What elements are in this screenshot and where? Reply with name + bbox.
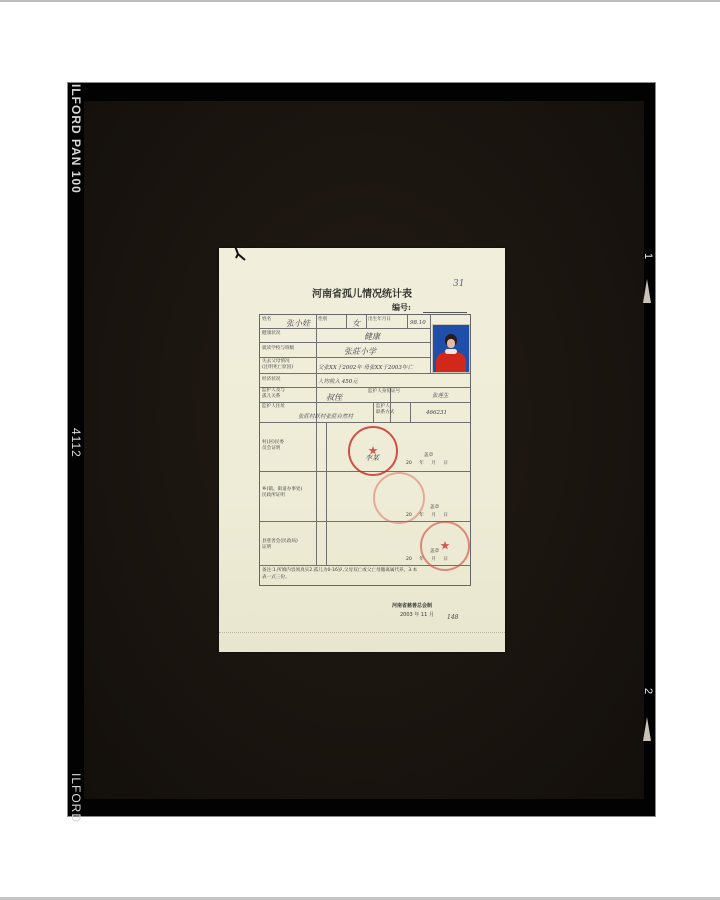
handwritten-number: 148 [447, 614, 458, 621]
parents-value: 父张XX于2002年 母张XX于2003年亡 [318, 363, 413, 371]
date-row: 20 年 月 日 [406, 460, 448, 466]
date-row: 20 年 月 日 [406, 556, 448, 562]
village-red-seal: ★ [348, 426, 398, 476]
film-rebate-code: 4112 [69, 428, 83, 458]
township-office-label-2: 民政所证明 [262, 493, 285, 499]
guardian-relation-label-2: 孤儿关系 [262, 394, 280, 400]
birth-value: 98.10 [410, 320, 426, 326]
top-border-line [0, 0, 720, 2]
health-label: 健康状况 [262, 331, 280, 337]
issuer: 河南省慈善总会制 [392, 602, 432, 609]
name-value: 张小娃 [286, 318, 310, 329]
note-line-1: 备注:1.所填内容须真实2.孤儿为0-16岁,父母双亡或父亡母撤离属代养。3.本 [262, 567, 468, 574]
guardian-contact-label-2: 联系方式 [376, 410, 394, 416]
frame-number-2: 2 [642, 688, 654, 694]
guardian-relation-value: 叔侄 [326, 392, 342, 403]
fold-line [219, 632, 505, 633]
serial-blank [423, 312, 467, 313]
school-value: 张莊小学 [344, 346, 376, 357]
county-red-seal: ★ [420, 521, 470, 571]
film-rebate-brand-bottom: ILFORD [69, 773, 83, 823]
issue-date: 2003 年 11 月 [400, 611, 434, 618]
star-icon: ★ [440, 538, 451, 552]
seal-label: 盖章 [430, 549, 439, 555]
frame-number-1: 1 [642, 253, 654, 259]
name-label: 姓名 [262, 317, 271, 323]
page-mark: 31 [453, 279, 464, 289]
sex-label: 性别 [318, 317, 327, 323]
health-value: 健康 [364, 331, 380, 342]
school-label: 就读学校与班级 [262, 346, 294, 352]
birth-label: 出生年月日 [368, 317, 391, 323]
guardian-id-value: 张莲生 [432, 391, 449, 399]
guardian-id-label: 监护人身份证号 [368, 389, 400, 395]
seal-label: 盖章 [430, 505, 439, 511]
serial-label: 编号: [392, 302, 411, 313]
seal-label: 盖章 [424, 453, 433, 459]
village-committee-label-2: 员会证明 [262, 446, 280, 452]
sex-value: 女 [352, 318, 360, 329]
frame-marker-triangle-icon [643, 717, 651, 741]
film-rebate-brand: ILFORD PAN 100 [69, 84, 83, 194]
frame-marker-triangle-icon [643, 279, 651, 303]
guardian-address-value: 张莊村跃村张莊自然村 [298, 412, 353, 420]
form-table: 姓名 张小娃 性别 女 出生年月日 98.10 健康状况 健康 就读学校与班级 … [259, 314, 471, 586]
form-notes: 备注:1.所填内容须真实2.孤儿为0-16岁,父母双亡或父亡母撤离属代养。3.本… [262, 567, 468, 581]
child-portrait-photo [432, 324, 470, 373]
guardian-contact-value: 466231 [426, 410, 447, 416]
economy-label: 经济状况 [262, 377, 280, 383]
orphan-statistics-form: 河南省孤儿情况统计表 31 编号: 姓名 张小娃 性别 女 出生年月日 98.1… [219, 248, 505, 652]
ink-mark-icon [233, 246, 247, 264]
date-row: 20 年 月 日 [406, 512, 448, 518]
parents-label-note: (注明死亡原因) [262, 365, 293, 371]
note-line-2: 表一式三份。 [262, 574, 468, 581]
county-charity-label-2: 证明 [262, 545, 271, 551]
guardian-address-label: 监护人住址 [262, 404, 285, 410]
economy-value: 人均收入 450元 [318, 377, 358, 385]
signature: 李某 [365, 453, 379, 463]
